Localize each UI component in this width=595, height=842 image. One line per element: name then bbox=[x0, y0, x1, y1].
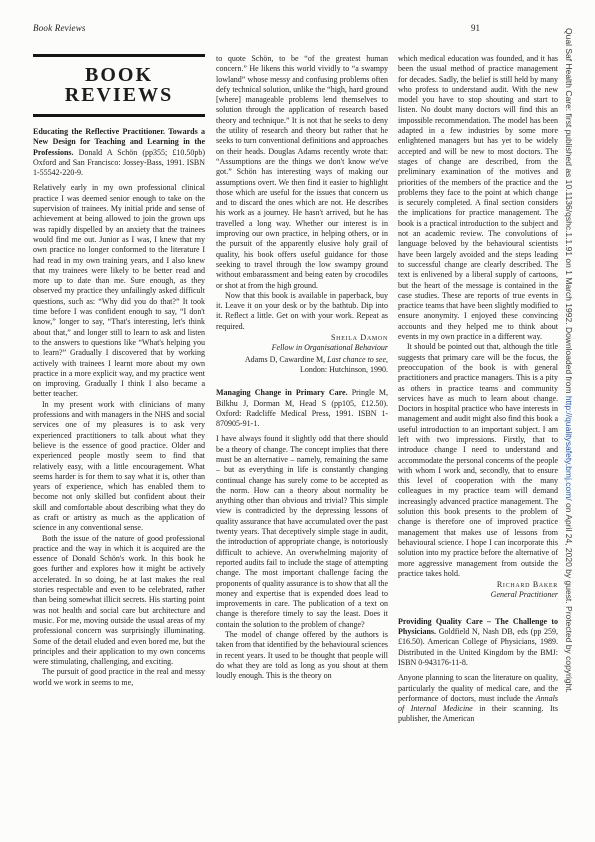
review-1-signature: Sheila Damon Fellow in Organisational Be… bbox=[216, 333, 388, 354]
masthead-title-line2: REVIEWS bbox=[35, 85, 203, 105]
review-1-footnote: Adams D, Cawardine M, Last chance to see… bbox=[216, 355, 388, 376]
review-2-paragraph-3: It should be pointed out that, although … bbox=[398, 342, 558, 579]
review-1-paragraph-4-continued: to quote Schön, to be “of the greatest h… bbox=[216, 54, 388, 291]
review-1-paragraph-5: Now that this book is available in paper… bbox=[216, 291, 388, 332]
watermark-text-after: on April 24, 2020 by guest. Protected by… bbox=[564, 501, 574, 693]
reviewer-role: General Practitioner bbox=[398, 590, 558, 600]
reviewer-role: Fellow in Organisational Behaviour bbox=[216, 343, 388, 353]
copyright-watermark: Qual Saf Health Care: first published as… bbox=[560, 28, 578, 828]
review-1-paragraph-2: In my present work with clinicians of ma… bbox=[33, 400, 205, 534]
watermark-text-before: Qual Saf Health Care: first published as… bbox=[564, 28, 574, 396]
column-middle: to quote Schön, to be “of the greatest h… bbox=[216, 54, 388, 682]
review-1-heading: Educating the Reflective Practitioner. T… bbox=[33, 127, 205, 178]
footnote-book-title: Last chance to see bbox=[327, 355, 386, 364]
running-header: Book Reviews bbox=[33, 23, 86, 33]
reviewer-name: Richard Baker bbox=[398, 580, 558, 590]
review-1-paragraph-3: Both the issue of the nature of good pro… bbox=[33, 534, 205, 668]
review-1-paragraph-1: Relatively early in my own professional … bbox=[33, 183, 205, 399]
footnote-text-before: Adams D, Cawardine M, bbox=[245, 355, 327, 364]
reviewer-name: Sheila Damon bbox=[216, 333, 388, 343]
paragraph-text-before: Anyone planning to scan the literature o… bbox=[398, 673, 558, 703]
review-2-signature: Richard Baker General Practitioner bbox=[398, 580, 558, 601]
column-left: BOOK REVIEWS Educating the Reflective Pr… bbox=[33, 54, 205, 688]
review-2-title: Managing Change in Primary Care. bbox=[216, 388, 348, 397]
review-1-paragraph-4-start: The pursuit of good practice in the real… bbox=[33, 667, 205, 688]
watermark-url-link[interactable]: http://qualitysafety.bmj.com/ bbox=[564, 396, 574, 501]
review-2-heading: Managing Change in Primary Care. Pringle… bbox=[216, 388, 388, 429]
review-3-paragraph-1: Anyone planning to scan the literature o… bbox=[398, 673, 558, 724]
review-3-heading: Providing Quality Care – The Challenge t… bbox=[398, 617, 558, 668]
review-2-paragraph-2-start: The model of change offered by the autho… bbox=[216, 630, 388, 681]
column-right: which medical education was founded, and… bbox=[398, 54, 558, 725]
review-2-paragraph-1: I have always found it slightly odd that… bbox=[216, 434, 388, 630]
masthead-title-line1: BOOK bbox=[35, 65, 203, 85]
page-number: 91 bbox=[438, 23, 480, 33]
book-reviews-masthead: BOOK REVIEWS bbox=[33, 54, 205, 117]
journal-page: Book Reviews 91 BOOK REVIEWS Educating t… bbox=[0, 0, 595, 842]
review-2-paragraph-2-continued: which medical education was founded, and… bbox=[398, 54, 558, 342]
